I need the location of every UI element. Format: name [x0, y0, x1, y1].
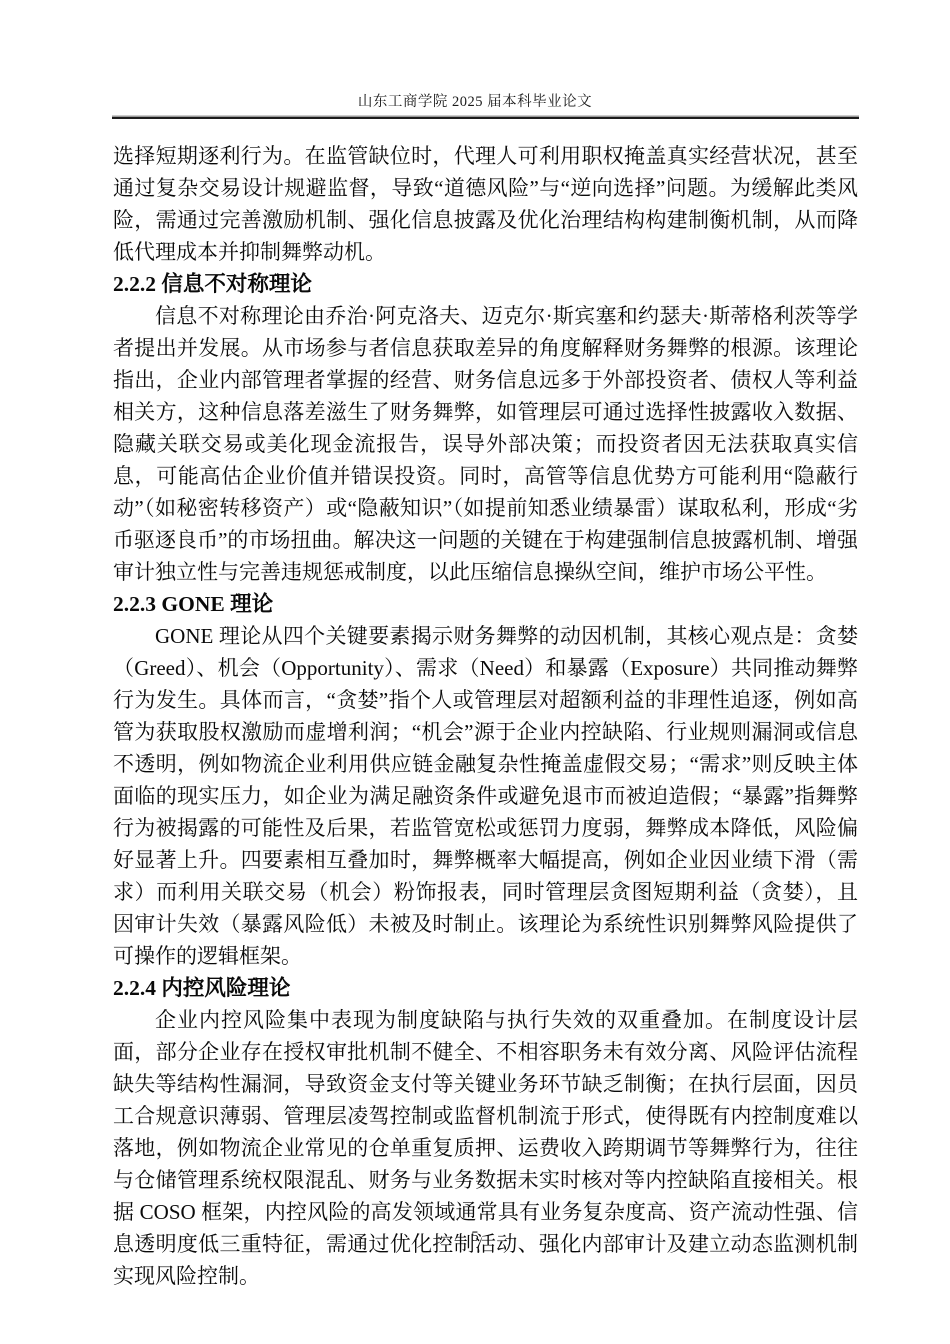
heading-2-2-3-gone-theory: 2.2.3 GONE 理论 [113, 588, 858, 620]
document-body: 选择短期逐利行为。在监管缺位时，代理人可利用职权掩盖真实经营状况，甚至通过复杂交… [113, 140, 858, 1292]
page-number: 5 [471, 1229, 479, 1245]
paragraph-internal-control-risk-theory: 企业内控风险集中表现为制度缺陷与执行失效的双重叠加。在制度设计层面，部分企业存在… [113, 1004, 858, 1292]
thesis-page: 山东工商学院 2025 届本科毕业论文 选择短期逐利行为。在监管缺位时，代理人可… [0, 0, 950, 1344]
page-footer: 5 [0, 1227, 950, 1247]
header-rule-divider [112, 117, 859, 119]
heading-2-2-4-internal-control-risk: 2.2.4 内控风险理论 [113, 972, 858, 1004]
paragraph-information-asymmetry-theory: 信息不对称理论由乔治·阿克洛夫、迈克尔·斯宾塞和约瑟夫·斯蒂格利茨等学者提出并发… [113, 300, 858, 588]
heading-2-2-2-information-asymmetry: 2.2.2 信息不对称理论 [113, 268, 858, 300]
paragraph-gone-theory: GONE 理论从四个关键要素揭示财务舞弊的动因机制，其核心观点是：贪婪（Gree… [113, 620, 858, 972]
page-header-title: 山东工商学院 2025 届本科毕业论文 [0, 93, 950, 111]
paragraph-agency-theory-continuation: 选择短期逐利行为。在监管缺位时，代理人可利用职权掩盖真实经营状况，甚至通过复杂交… [113, 140, 858, 268]
